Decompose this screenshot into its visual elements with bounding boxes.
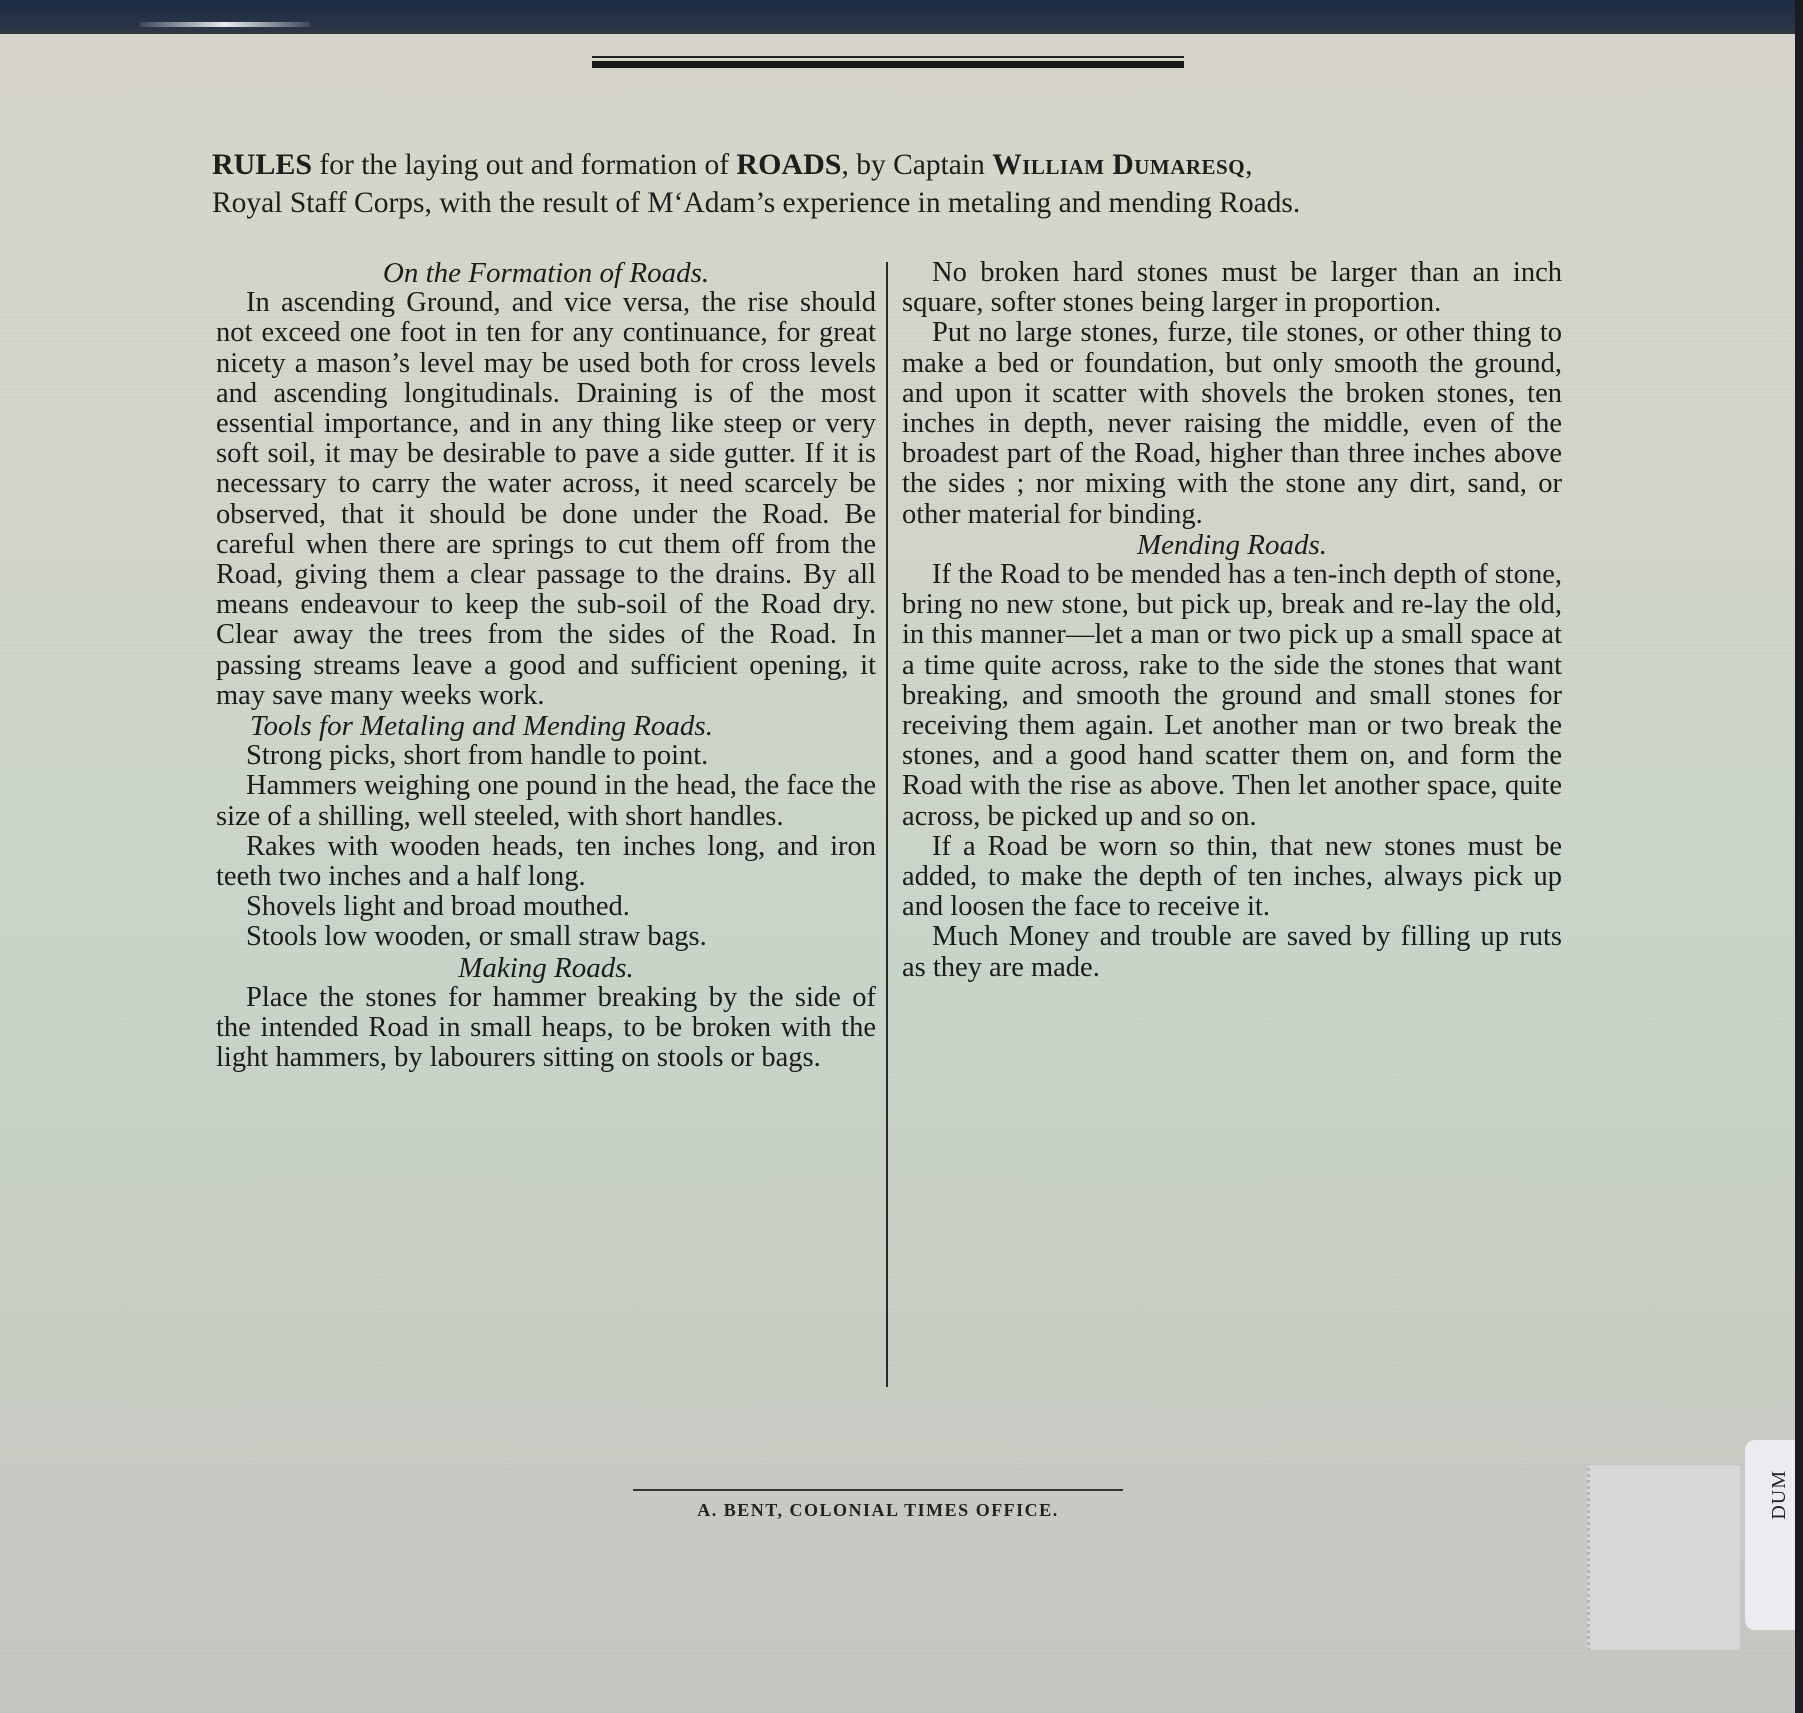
paragraph-making: Place the stones for hammer breaking by … — [216, 983, 876, 1074]
headline-rules: RULES — [212, 148, 312, 181]
paragraph-mending: If the Road to be mended has a ten-inch … — [902, 560, 1562, 832]
printer-imprint: A. BENT, COLONIAL TIMES OFFICE. — [633, 1500, 1123, 1521]
tool-item: Rakes with wooden heads, ten inches long… — [216, 832, 876, 892]
tool-item: Shovels light and broad mouthed. — [216, 892, 876, 922]
tool-item: Strong picks, short from handle to point… — [216, 741, 876, 771]
section-title-making: Making Roads. — [216, 953, 876, 983]
tool-item: Stools low wooden, or small straw bags. — [216, 922, 876, 952]
section-title-tools: Tools for Metaling and Mending Roads. — [216, 711, 876, 741]
section-title-mending: Mending Roads. — [902, 530, 1562, 560]
section-title-formation: On the Formation of Roads. — [216, 258, 876, 288]
archive-label-text: DUM — [1768, 1470, 1791, 1520]
frame-right-edge — [1795, 0, 1803, 1713]
paragraph-worn-road: If a Road be worn so thin, that new ston… — [902, 832, 1562, 923]
paragraph-ruts: Much Money and trouble are saved by fill… — [902, 922, 1562, 982]
tool-item: Hammers weighing one pound in the head, … — [216, 771, 876, 831]
paragraph-formation: In ascending Ground, and vice versa, the… — [216, 288, 876, 711]
frame-glint — [140, 22, 310, 27]
headline: RULES for the laying out and formation o… — [212, 146, 1602, 222]
paragraph-foundation: Put no large stones, furze, tile stones,… — [902, 318, 1562, 529]
left-column: On the Formation of Roads. In ascending … — [216, 258, 876, 1073]
decorative-top-rule — [592, 56, 1184, 68]
decorative-bottom-rule — [633, 1489, 1123, 1491]
headline-roads: ROADS — [736, 148, 841, 181]
headline-author: William Dumaresq — [992, 149, 1245, 181]
right-column: No broken hard stones must be larger tha… — [902, 258, 1562, 983]
headline-line2: Royal Staff Corps, with the result of M‘… — [212, 187, 1300, 219]
paragraph-stone-size: No broken hard stones must be larger tha… — [902, 258, 1562, 318]
faded-stamp-mark — [1587, 1465, 1740, 1650]
column-divider — [886, 262, 888, 1387]
